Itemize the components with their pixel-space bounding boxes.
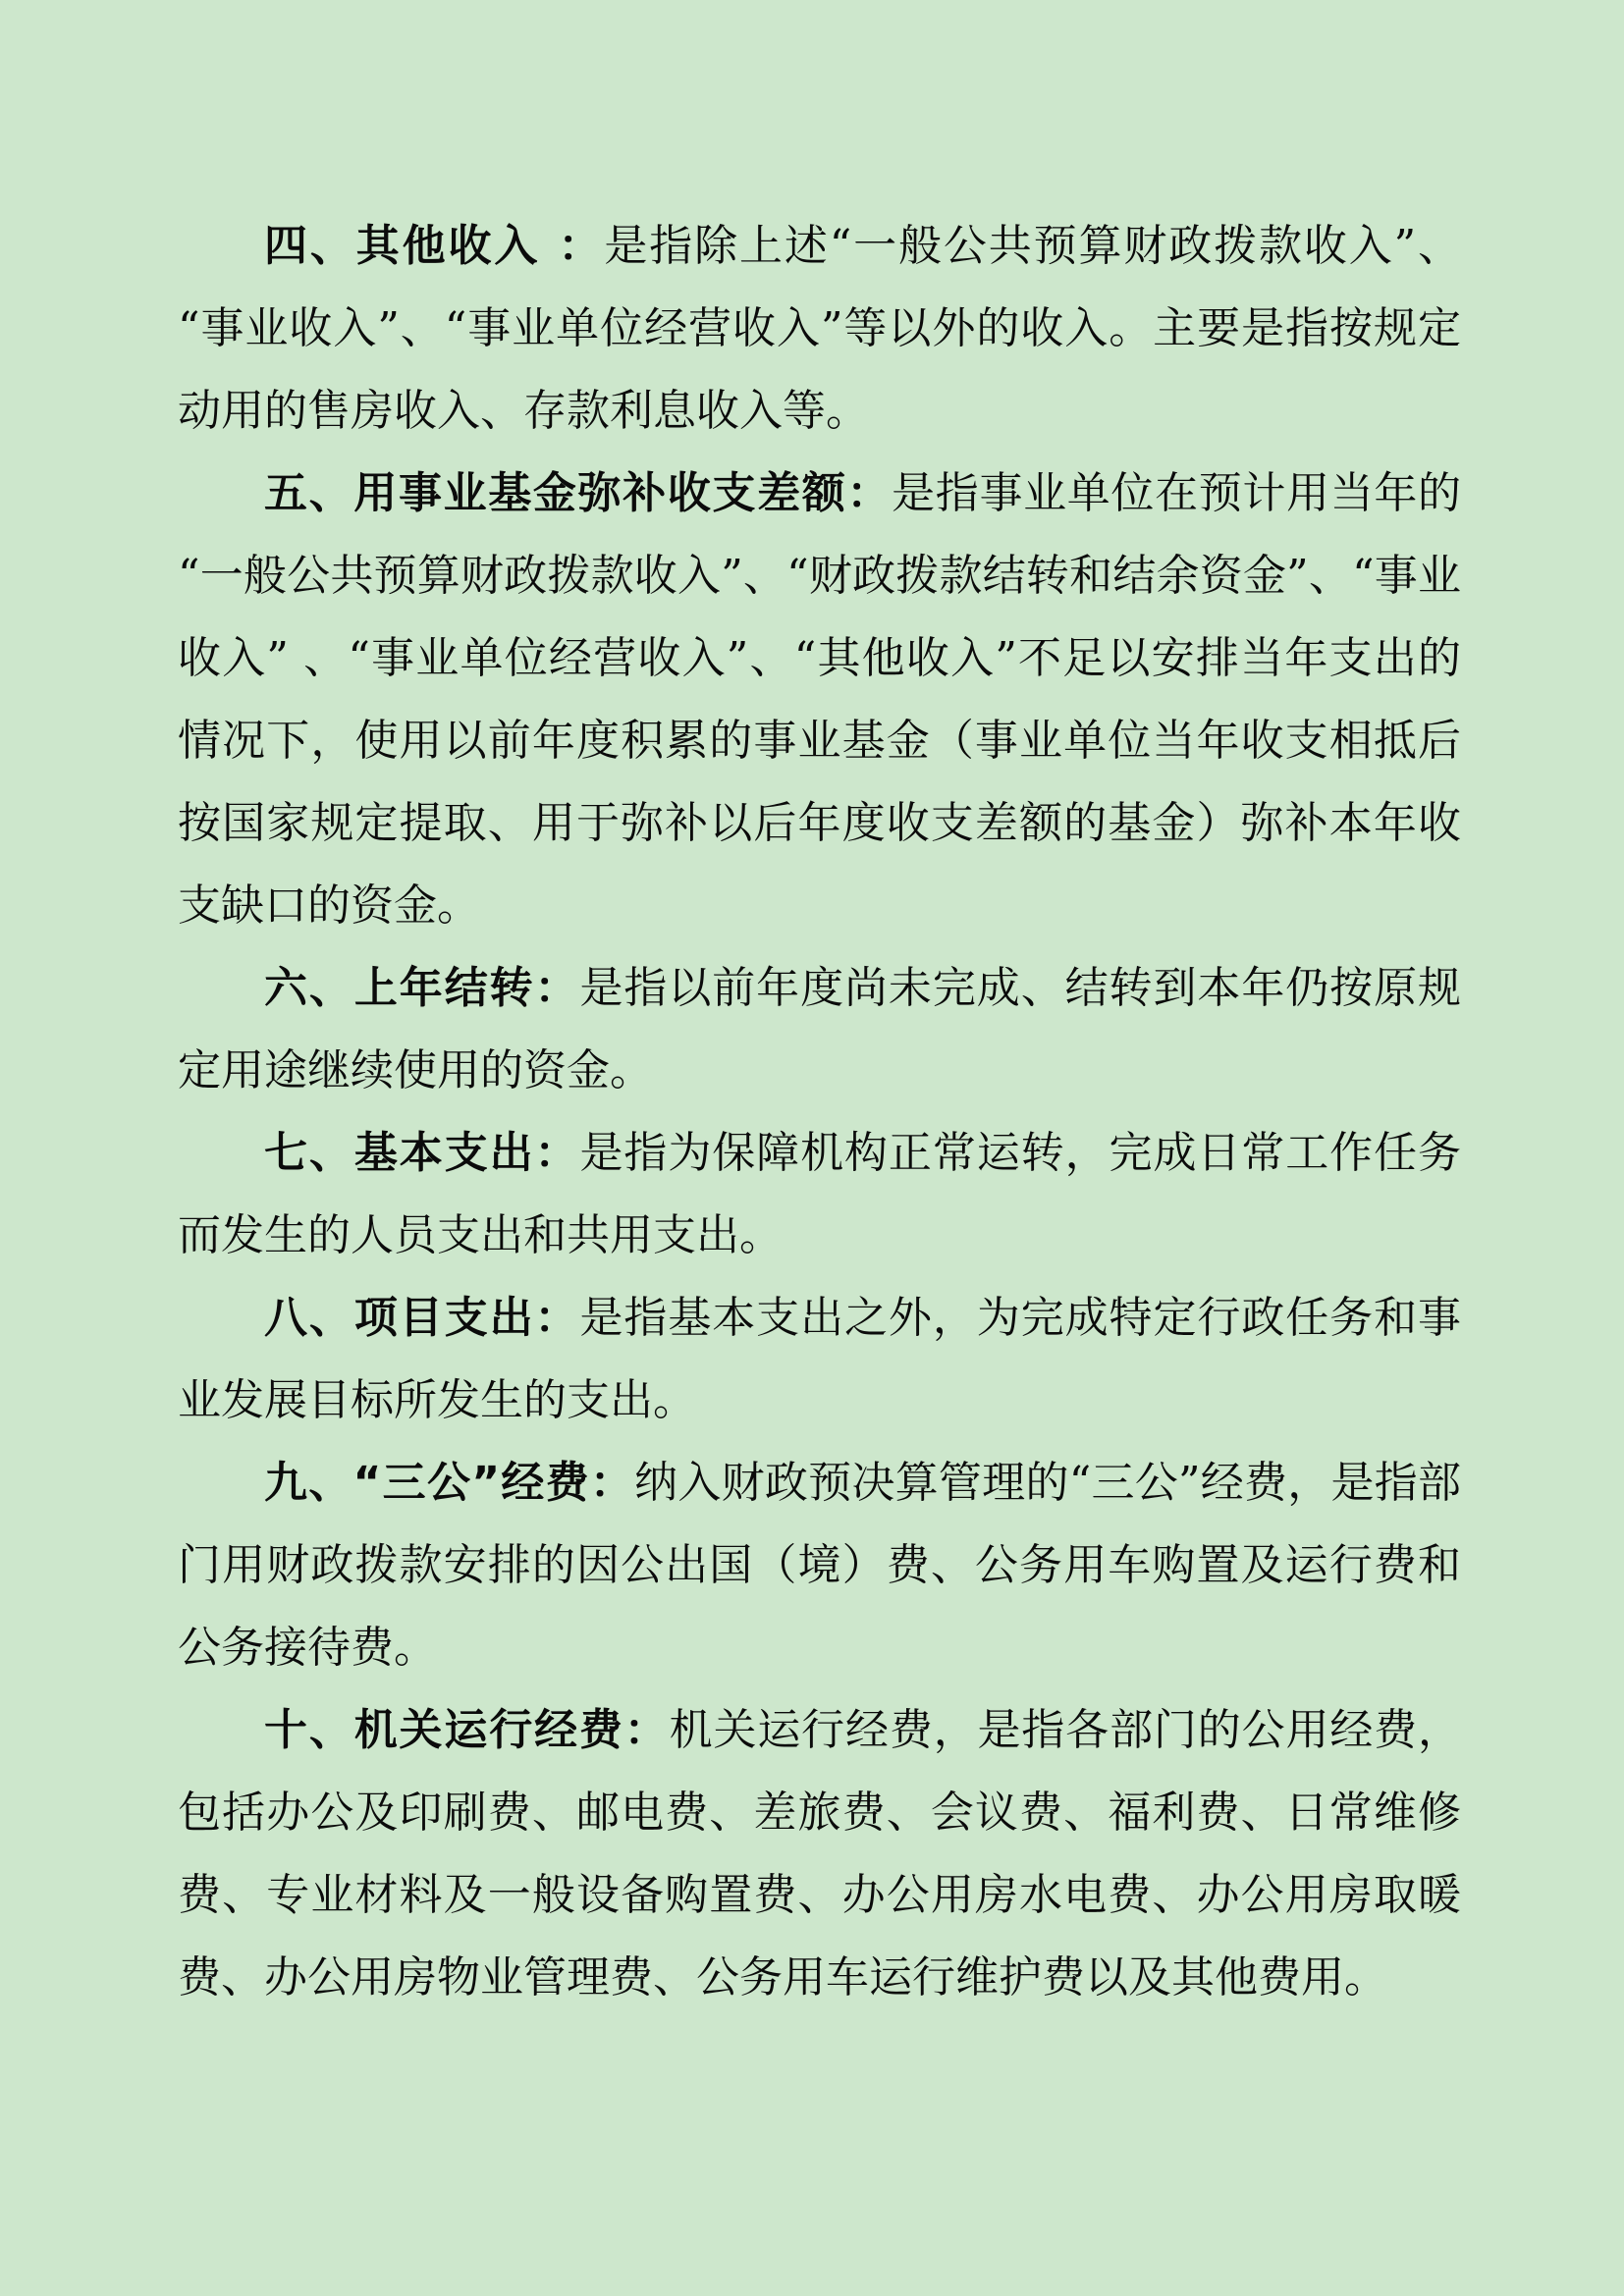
term-label-agency-operating-funds: 十、机关运行经费： — [264, 1705, 670, 1755]
term-label-basic-expenditure: 七、基本支出： — [264, 1128, 579, 1178]
paragraph-carryover: 六、上年结转：是指以前年度尚未完成、结转到本年仍按原规定用途继续使用的资金。 — [178, 947, 1461, 1112]
paragraph-agency-operating-funds: 十、机关运行经费：机关运行经费，是指各部门的公用经费，包括办公及印刷费、邮电费、… — [178, 1689, 1461, 2019]
term-definition-fund-deficit: 是指事业单位在预计用当年的“一般公共预算财政拨款收入”、“财政拨款结转和结余资金… — [178, 468, 1461, 931]
term-label-three-public-funds: 九、“三公”经费： — [264, 1458, 634, 1508]
term-label-carryover: 六、上年结转： — [264, 963, 579, 1013]
term-label-other-income: 四、其他收入 ： — [264, 221, 604, 271]
document-body: 四、其他收入 ：是指除上述“一般公共预算财政拨款收入”、“事业收入”、“事业单位… — [178, 205, 1461, 2019]
paragraph-three-public-funds: 九、“三公”经费：纳入财政预决算管理的“三公”经费，是指部门用财政拨款安排的因公… — [178, 1442, 1461, 1689]
paragraph-basic-expenditure: 七、基本支出：是指为保障机构正常运转，完成日常工作任务而发生的人员支出和共用支出… — [178, 1112, 1461, 1277]
term-label-project-expenditure: 八、项目支出： — [264, 1293, 579, 1343]
paragraph-fund-deficit: 五、用事业基金弥补收支差额：是指事业单位在预计用当年的“一般公共预算财政拨款收入… — [178, 453, 1461, 947]
paragraph-other-income: 四、其他收入 ：是指除上述“一般公共预算财政拨款收入”、“事业收入”、“事业单位… — [178, 205, 1461, 453]
term-label-fund-deficit: 五、用事业基金弥补收支差额： — [264, 468, 892, 518]
document-page: 四、其他收入 ：是指除上述“一般公共预算财政拨款收入”、“事业收入”、“事业单位… — [0, 0, 1624, 2296]
paragraph-project-expenditure: 八、项目支出：是指基本支出之外，为完成特定行政任务和事业发展目标所发生的支出。 — [178, 1277, 1461, 1442]
